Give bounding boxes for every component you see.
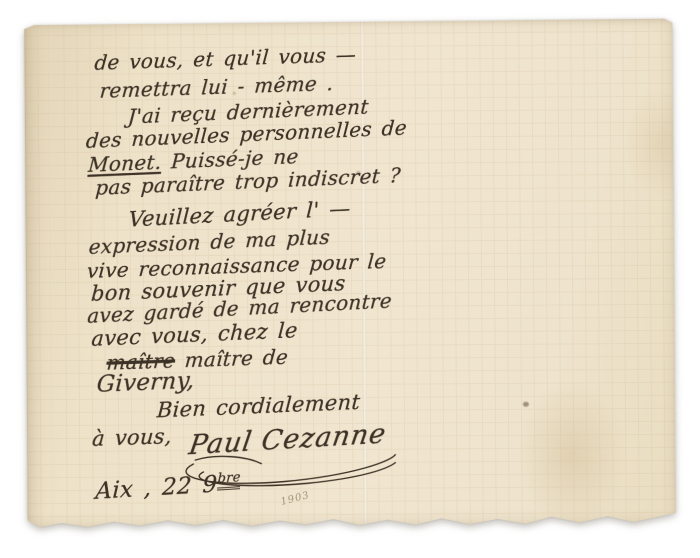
letter-photo: de vous, et qu'il vous — remettra lui - … [0,0,700,558]
left-fold-crease [48,23,55,530]
letter-paper: de vous, et qu'il vous — remettra lui - … [24,19,676,531]
letter-line-1: de vous, et qu'il vous — [94,42,357,75]
date-superscript: bre [217,470,241,490]
letter-line-15: Bien cordialement [156,390,361,423]
date-line: Aix , 22 9bre [95,470,241,505]
paper-stain [517,379,628,530]
paper-stain [625,89,696,199]
date-text: Aix , 22 9 [95,471,218,504]
letter-line-14: Giverny, [96,368,195,398]
letter-paper-wrap: de vous, et qu'il vous — remettra lui - … [24,19,676,531]
letter-line-16: à vous, [91,424,172,451]
paper-speck [523,402,529,407]
